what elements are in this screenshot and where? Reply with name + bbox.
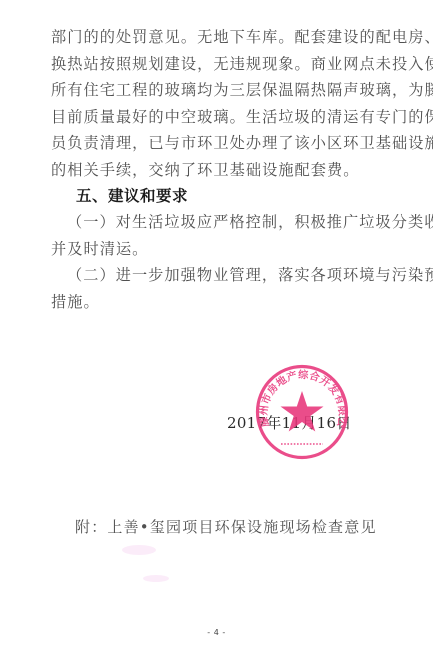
recommendation-1-line-2: 并及时清运。 <box>51 240 148 258</box>
recommendation-2-line-2: 措施。 <box>51 293 100 311</box>
body-line-6: 的相关手续，交纳了环卫基础设施配套费。 <box>51 161 360 179</box>
recommendation-2-line-1: （二）进一步加强物业管理，落实各项环境与污染预防 <box>67 266 381 284</box>
body-line-3: 所有住宅工程的玻璃均为三层保温隔热隔声玻璃，为滕州市 <box>51 81 381 99</box>
faint-stamp-residue <box>143 575 169 582</box>
body-line-2: 换热站按照规划建设，无违规现象。商业网点未投入使用。 <box>51 55 381 73</box>
recommendation-1-line-1: （一）对生活垃圾应严格控制，积极推广垃圾分类收集， <box>67 213 381 231</box>
attachment-note: 附：上善•玺园项目环保设施现场检查意见 <box>75 516 377 537</box>
body-line-1: 部门的的处罚意见。无地下车库。配套建设的配电房、泵房、 <box>51 28 381 46</box>
section-heading: 五、建议和要求 <box>76 187 188 205</box>
faint-stamp-residue <box>122 545 156 555</box>
page-number: - 4 - <box>0 628 433 637</box>
company-seal-icon: 滕州市房地产综合开发有限公司 <box>255 364 349 460</box>
document-page: 部门的的处罚意见。无地下车库。配套建设的配电房、泵房、 换热站按照规划建设，无违… <box>0 0 433 650</box>
body-line-5: 员负责清理，已与市环卫处办理了该小区环卫基础设施建设 <box>51 134 381 152</box>
body-line-4: 目前质量最好的中空玻璃。生活垃圾的清运有专门的保洁人 <box>51 108 381 126</box>
